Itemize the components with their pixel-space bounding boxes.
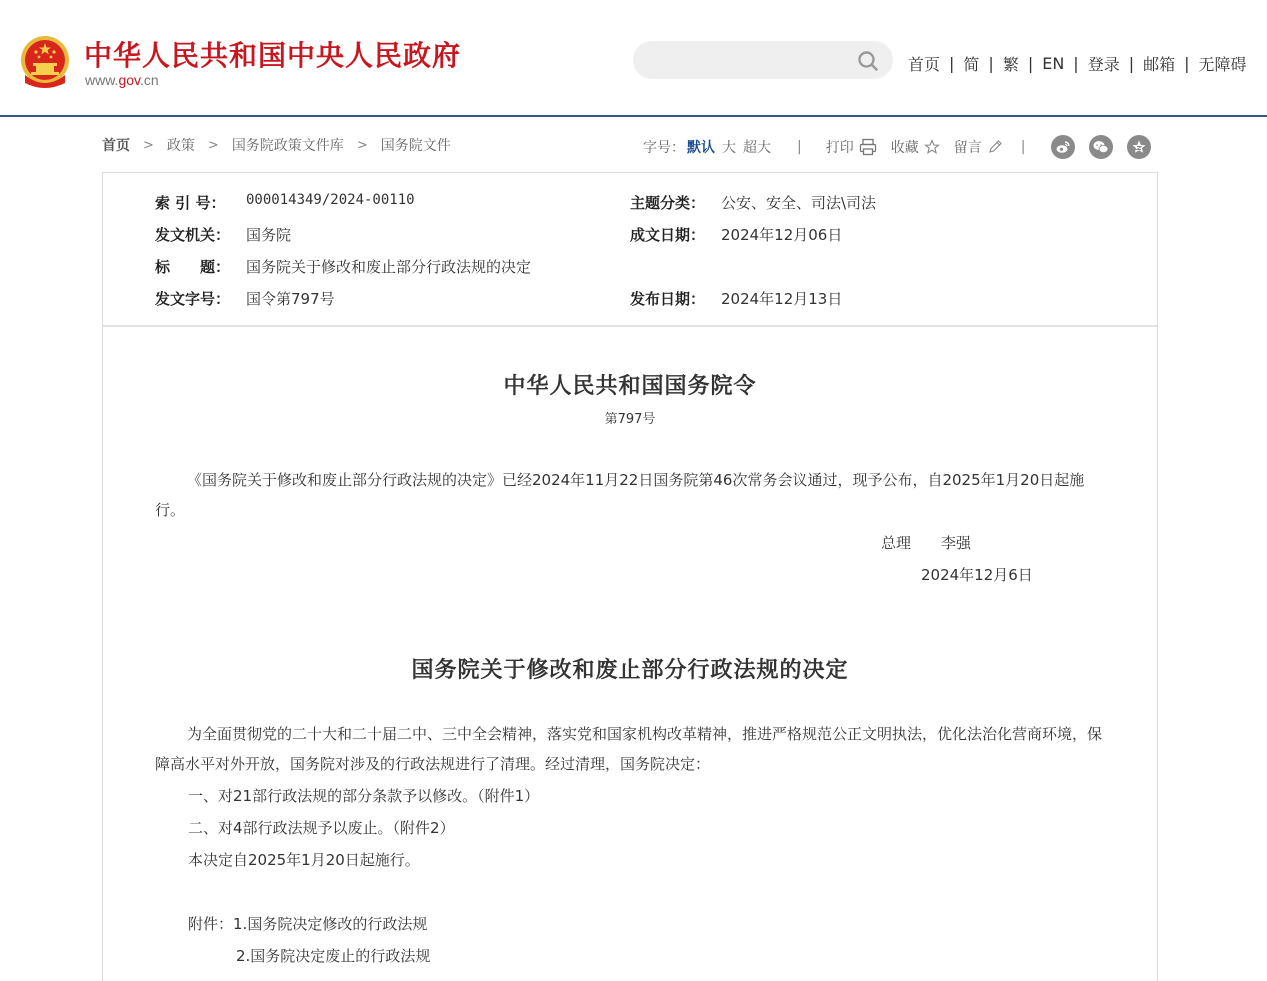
meta-index-no: 索 引 号： 000014349/2024-00110: [155, 192, 415, 213]
site-url-suffix: .cn: [140, 72, 159, 88]
decision-title: 国务院关于修改和废止部分行政法规的决定: [103, 653, 1157, 684]
meta-written-date: 成文日期： 2024年12月06日: [630, 224, 842, 245]
nav-home[interactable]: 首页: [908, 52, 940, 75]
search-box: [633, 41, 893, 79]
signer: 总理 李强: [881, 532, 971, 553]
breadcrumb-home[interactable]: 首页: [102, 135, 130, 155]
nav-separator: |: [1129, 54, 1134, 73]
meta-label: 标 题：: [155, 256, 246, 277]
comment-label: 留言: [954, 137, 982, 157]
star-outline-icon: [924, 139, 940, 155]
decision-intro-text: 为全面贯彻党的二十大和二十届二中、三中全会精神，落实党和国家机构改革精神，推进严…: [155, 725, 1102, 773]
article-toolbar: 字号： 默认 大 超大 | 打印 收藏 留言 |: [643, 135, 1165, 159]
breadcrumb-state-council-docs[interactable]: 国务院文件: [381, 135, 451, 155]
nav-accessibility[interactable]: 无障碍: [1199, 52, 1247, 75]
meta-value: 国务院关于修改和废止部分行政法规的决定: [246, 256, 531, 277]
attachments-line: 附件：1.国务院决定修改的行政法规: [188, 909, 427, 939]
wechat-icon: [1092, 139, 1110, 155]
breadcrumb-policy-library[interactable]: 国务院政策文件库: [232, 135, 344, 155]
favorite-share-button[interactable]: [1127, 135, 1151, 159]
toolbar-divider: |: [797, 139, 802, 155]
nav-login[interactable]: 登录: [1088, 52, 1120, 75]
nav-separator: |: [988, 54, 993, 73]
meta-label: 发文字号：: [155, 288, 246, 309]
breadcrumb-policy[interactable]: 政策: [167, 135, 195, 155]
wechat-share-button[interactable]: [1089, 135, 1113, 159]
site-url-gov: gov: [118, 72, 140, 88]
nav-simplified[interactable]: 简: [963, 52, 979, 75]
decision-intro-paragraph: 为全面贯彻党的二十大和二十届二中、三中全会精神，落实党和国家机构改革精神，推进严…: [155, 719, 1105, 779]
decree-body-text: 《国务院关于修改和废止部分行政法规的决定》已经2024年11月22日国务院第46…: [155, 471, 1084, 519]
chevron-right-icon: >: [208, 138, 219, 153]
attachment-link-2[interactable]: 2.国务院决定废止的行政法规: [236, 947, 430, 965]
site-name[interactable]: 中华人民共和国中央人民政府: [84, 34, 461, 74]
site-url[interactable]: www.gov.cn: [85, 72, 159, 88]
nav-english[interactable]: EN: [1042, 54, 1064, 73]
top-nav: 首页 | 简 | 繁 | EN | 登录 | 邮箱 | 无障碍: [908, 52, 1247, 75]
toolbar-divider: |: [1021, 139, 1026, 155]
attachments-label: 附件：: [188, 915, 233, 933]
favorite-label: 收藏: [891, 137, 919, 157]
decision-item-1: 一、对21部行政法规的部分条款予以修改。（附件1）: [188, 781, 539, 811]
meta-publish-date: 发布日期： 2024年12月13日: [630, 288, 842, 309]
chevron-right-icon: >: [143, 138, 154, 153]
national-emblem-logo[interactable]: [20, 35, 70, 89]
comment-button[interactable]: 留言: [954, 137, 1003, 157]
meta-value: 公安、安全、司法\司法: [721, 192, 876, 213]
effective-date-line: 本决定自2025年1月20日起施行。: [188, 845, 420, 875]
meta-title: 标 题： 国务院关于修改和废止部分行政法规的决定: [155, 256, 531, 277]
decree-title: 中华人民共和国国务院令: [103, 369, 1157, 400]
meta-label: 索 引 号：: [155, 192, 246, 213]
pencil-icon: [987, 139, 1003, 155]
meta-label: 发布日期：: [630, 288, 721, 309]
favorite-star-icon: [1131, 139, 1147, 155]
chevron-right-icon: >: [357, 138, 368, 153]
nav-mail[interactable]: 邮箱: [1143, 52, 1175, 75]
share-bar: [1051, 135, 1165, 159]
attachments-line-2: 2.国务院决定废止的行政法规: [236, 941, 430, 971]
attachment-link-1[interactable]: 1.国务院决定修改的行政法规: [233, 915, 427, 933]
decree-number: 第797号: [103, 408, 1157, 427]
print-label: 打印: [826, 137, 854, 157]
weibo-icon: [1055, 139, 1071, 155]
document-meta-box: 索 引 号： 000014349/2024-00110 主题分类： 公安、安全、…: [102, 172, 1158, 327]
meta-value: 国令第797号: [246, 288, 335, 309]
meta-label: 主题分类：: [630, 192, 721, 213]
search-icon[interactable]: [857, 50, 879, 72]
printer-icon: [859, 138, 877, 156]
meta-value: 国务院: [246, 224, 291, 245]
site-url-prefix: www.: [85, 72, 118, 88]
favorite-button[interactable]: 收藏: [891, 137, 940, 157]
search-input[interactable]: [649, 49, 849, 71]
decree-paragraph: 《国务院关于修改和废止部分行政法规的决定》已经2024年11月22日国务院第46…: [155, 465, 1105, 525]
nav-separator: |: [1073, 54, 1078, 73]
nav-separator: |: [1184, 54, 1189, 73]
article-body: 中华人民共和国国务院令 第797号 《国务院关于修改和废止部分行政法规的决定》已…: [102, 326, 1158, 981]
font-size-default[interactable]: 默认: [687, 137, 715, 157]
sign-date: 2024年12月6日: [921, 564, 1033, 585]
print-button[interactable]: 打印: [826, 137, 877, 157]
meta-label: 成文日期：: [630, 224, 721, 245]
decision-item-2: 二、对4部行政法规予以废止。（附件2）: [188, 813, 455, 843]
meta-subject: 主题分类： 公安、安全、司法\司法: [630, 192, 876, 213]
meta-value: 000014349/2024-00110: [246, 192, 415, 213]
nav-separator: |: [949, 54, 954, 73]
font-size-large[interactable]: 大: [722, 137, 736, 157]
weibo-share-button[interactable]: [1051, 135, 1075, 159]
site-header: 中华人民共和国中央人民政府 www.gov.cn 首页 | 简 | 繁 | EN…: [0, 0, 1267, 117]
meta-issuer: 发文机关： 国务院: [155, 224, 291, 245]
breadcrumb: 首页 > 政策 > 国务院政策文件库 > 国务院文件: [102, 135, 451, 155]
font-size-label: 字号：: [643, 137, 685, 157]
font-size-xlarge[interactable]: 超大: [743, 137, 771, 157]
meta-label: 发文机关：: [155, 224, 246, 245]
meta-value: 2024年12月06日: [721, 224, 842, 245]
meta-doc-no: 发文字号： 国令第797号: [155, 288, 335, 309]
nav-separator: |: [1028, 54, 1033, 73]
meta-value: 2024年12月13日: [721, 288, 842, 309]
nav-traditional[interactable]: 繁: [1003, 52, 1019, 75]
